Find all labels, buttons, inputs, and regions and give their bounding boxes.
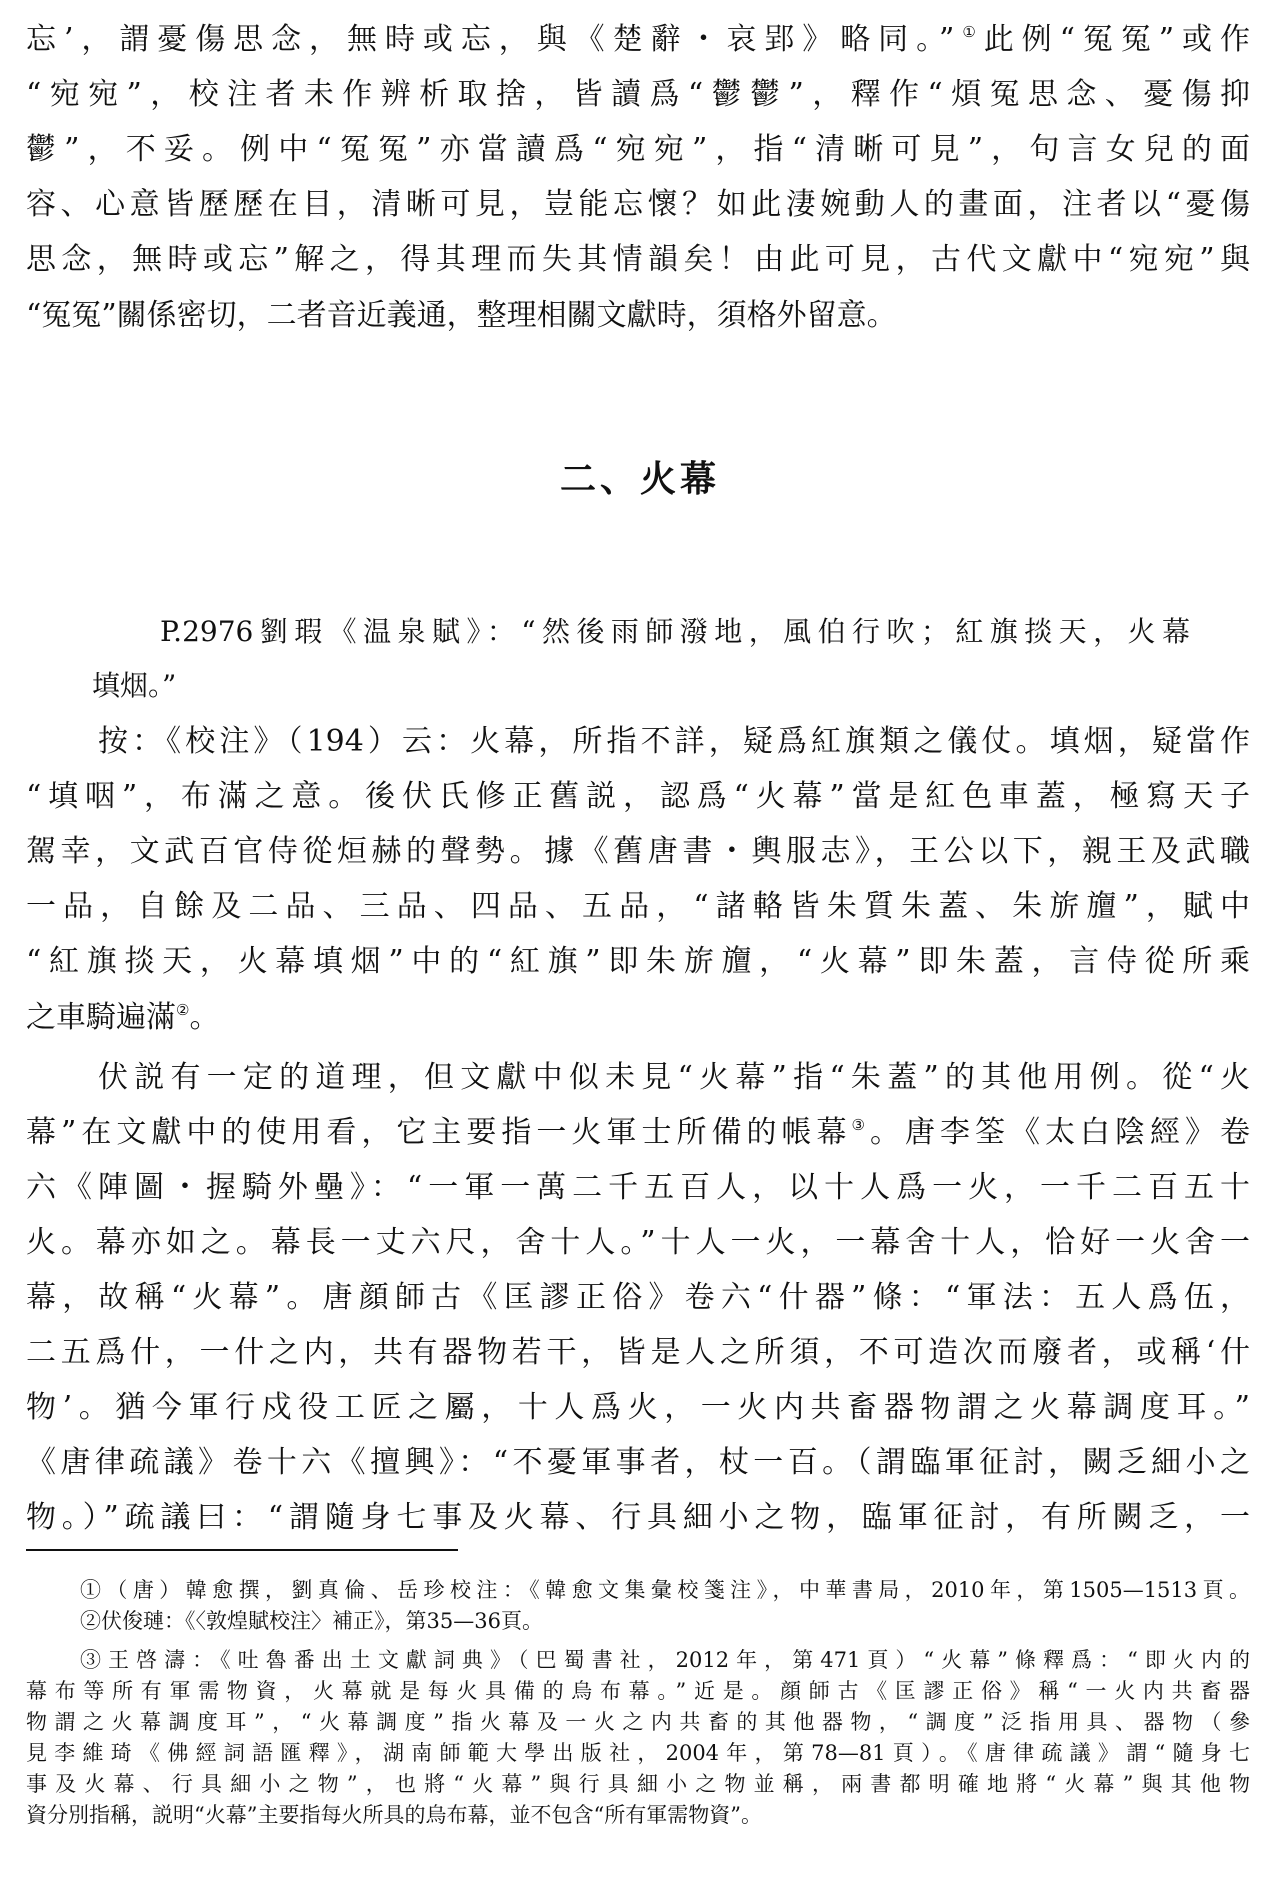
footnote-3-line: 見李維琦《佛經詞語匯釋》，湖南師範大學出版社，2004年，第78—81頁）。《唐…	[26, 1738, 1250, 1768]
line-text: 幕”在文獻中的使用看，它主要指一火軍士所備的帳幕	[26, 1115, 851, 1150]
line-text: 之車騎遍滿	[26, 1000, 176, 1035]
text-line: “紅旗掞天，火幕填烟”中的“紅旗”即朱旂旜，“火幕”即朱蓋，言侍從所乘	[26, 942, 1250, 982]
line-text: 。	[189, 1000, 219, 1035]
line-text: 此例“冤冤”或作	[984, 22, 1250, 57]
text-line: 六《陣圖・握騎外壘》：“一軍一萬二千五百人，以十人爲一火，一千二百五十	[26, 1168, 1250, 1208]
footnote-marker-1[interactable]: ①	[954, 23, 983, 41]
footnote-1: ①（唐）韓愈撰，劉真倫、岳珍校注：《韓愈文集彙校箋注》，中華書局，2010年，第…	[80, 1575, 1250, 1605]
text-line: 駕幸，文武百官侍從烜赫的聲勢。據《舊唐書・輿服志》，王公以下，親王及武職	[26, 832, 1250, 872]
text-line: 二五爲什，一什之内，共有器物若干，皆是人之所須，不可造次而廢者，或稱‘什	[26, 1333, 1250, 1373]
section-heading: 二、火幕	[0, 458, 1280, 502]
text-line: 《唐律疏議》卷十六《擅興》：“不憂軍事者，杖一百。（謂臨軍征討，闕乏細小之	[26, 1443, 1250, 1483]
text-line: 思念，無時或忘”解之，得其理而失其情韻矣！由此可見，古代文獻中“宛宛”與	[26, 240, 1250, 280]
quote-line: 填烟。”	[92, 666, 176, 706]
footnote-divider	[26, 1549, 458, 1551]
text-line: 一品，自餘及二品、三品、四品、五品，“諸輅皆朱質朱蓋、朱旂旜”，賦中	[26, 887, 1250, 927]
text-line: 火。幕亦如之。幕長一丈六尺，舍十人。”十人一火，一幕舍十人，恰好一火舍一	[26, 1223, 1250, 1263]
footnote-3: ③王啓濤：《吐魯番出土文獻詞典》（巴蜀書社，2012年，第471頁）“火幕”條釋…	[80, 1645, 1250, 1675]
text-line: 幕，故稱“火幕”。唐顔師古《匡謬正俗》卷六“什器”條：“軍法：五人爲伍，	[26, 1278, 1250, 1318]
document-page: 忘’，謂憂傷思念，無時或忘，與《楚辭・哀郢》略同。”①此例“冤冤”或作 “宛宛”…	[0, 0, 1280, 1885]
text-line: 伏説有一定的道理，但文獻中似未見“火幕”指“朱蓋”的其他用例。從“火	[98, 1058, 1250, 1098]
footnote-3-line: 物謂之火幕調度耳”，“火幕調度”指火幕及一火之内共畜的其他器物，“調度”泛指用具…	[26, 1707, 1250, 1737]
footnote-3-line: 事及火幕、行具細小之物”，也將“火幕”與行具細小之物並稱，兩書都明確地將“火幕”…	[26, 1769, 1250, 1799]
text-line: 幕”在文獻中的使用看，它主要指一火軍士所備的帳幕③。唐李筌《太白陰經》卷	[26, 1113, 1250, 1153]
line-text: 。唐李筌《太白陰經》卷	[870, 1115, 1250, 1150]
text-line: 忘’，謂憂傷思念，無時或忘，與《楚辭・哀郢》略同。”①此例“冤冤”或作	[26, 20, 1250, 60]
text-line: 按：《校注》（194）云：火幕，所指不詳，疑爲紅旗類之儀仗。填烟，疑當作	[98, 722, 1250, 762]
quote-line: P.2976劉瑕《温泉賦》：“然後雨師潑地，風伯行吹；紅旗掞天，火幕	[160, 612, 1190, 652]
text-line: 物’。猶今軍行戍役工匠之屬，十人爲火，一火内共畜器物謂之火幕調度耳。”	[26, 1388, 1250, 1428]
text-line: “冤冤”關係密切，二者音近義通，整理相關文獻時，須格外留意。	[26, 296, 1250, 336]
footnote-marker-3[interactable]: ③	[851, 1116, 869, 1134]
footnote-3-line: 資分別指稱，説明“火幕”主要指每火所具的烏布幕，並不包含“所有軍需物資”。	[26, 1800, 1250, 1830]
text-line: 之車騎遍滿②。	[26, 998, 1250, 1038]
text-line: 物。）”疏議曰：“謂隨身七事及火幕、行具細小之物，臨軍征討，有所闕乏，一	[26, 1498, 1250, 1538]
footnote-marker-2[interactable]: ②	[176, 1001, 189, 1019]
text-line: “宛宛”，校注者未作辨析取捨，皆讀爲“鬱鬱”，釋作“煩冤思念、憂傷抑	[26, 75, 1250, 115]
line-text: 忘’，謂憂傷思念，無時或忘，與《楚辭・哀郢》略同。”	[26, 22, 954, 57]
text-line: 容、心意皆歷歷在目，清晰可見，豈能忘懷？如此淒婉動人的畫面，注者以“憂傷	[26, 185, 1250, 225]
text-line: “填咽”，布滿之意。後伏氏修正舊説，認爲“火幕”當是紅色車蓋，極寫天子	[26, 777, 1250, 817]
footnote-3-line: 幕布等所有軍需物資，火幕就是每火具備的烏布幕。”近是。顔師古《匡謬正俗》稱“一火…	[26, 1676, 1250, 1706]
footnote-2: ②伏俊璉：《〈敦煌賦校注〉補正》，第35—36頁。	[80, 1606, 1250, 1636]
text-line: 鬱”，不妥。例中“冤冤”亦當讀爲“宛宛”，指“清晰可見”，句言女兒的面	[26, 130, 1250, 170]
